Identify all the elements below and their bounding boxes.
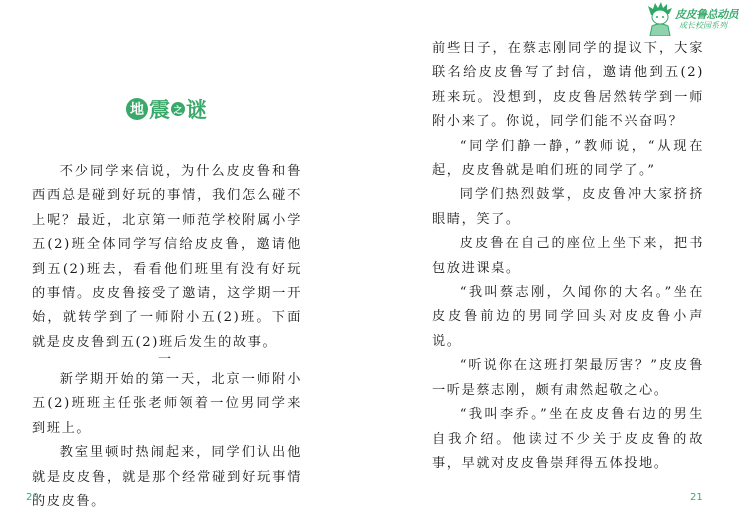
chapter-title-char-1: 地: [126, 98, 148, 120]
page-number-right: 21: [690, 492, 703, 503]
chapter-title-char-2: 震: [149, 94, 170, 124]
series-logo: 皮皮鲁总动员 成长校园系列: [646, 2, 741, 36]
body-paragraph: “听说你在这班打架最厉害？”皮皮鲁一听是蔡志刚，颇有肃然起敬之心。: [432, 354, 704, 403]
chapter-title-char-4: 谜: [186, 94, 207, 124]
page-number-left: 20: [26, 492, 39, 503]
left-body-text: 新学期开始的第一天，北京一师附小五(2)班班主任张老师领着一位男同学来到班上。 …: [32, 368, 302, 514]
boy-character-icon: [646, 2, 674, 36]
body-paragraph: 前些日子，在蔡志刚同学的提议下，大家联名给皮皮鲁写了封信，邀请他到五(2)班来玩…: [432, 37, 704, 135]
intro-paragraph: 不少同学来信说，为什么皮皮鲁和鲁西西总是碰到好玩的事情，我们怎么碰不上呢？最近，…: [32, 160, 302, 355]
intro-text: 不少同学来信说，为什么皮皮鲁和鲁西西总是碰到好玩的事情，我们怎么碰不上呢？最近，…: [32, 160, 302, 355]
body-paragraph: 同学们热烈鼓掌，皮皮鲁冲大家挤挤眼睛，笑了。: [432, 183, 704, 232]
series-logo-subtitle: 成长校园系列: [679, 20, 727, 31]
body-paragraph: “我叫李乔。”坐在皮皮鲁右边的男生自我介绍。他读过不少关于皮皮鲁的故事，早就对皮…: [432, 403, 704, 476]
body-paragraph: “同学们静一静，”教师说，“从现在起，皮皮鲁就是咱们班的同学了。”: [432, 135, 704, 184]
right-body-text: 前些日子，在蔡志刚同学的提议下，大家联名给皮皮鲁写了封信，邀请他到五(2)班来玩…: [432, 37, 704, 476]
left-page: 地 震 之 谜 不少同学来信说，为什么皮皮鲁和鲁西西总是碰到好玩的事情，我们怎么…: [0, 0, 371, 532]
body-paragraph: “我叫蔡志刚，久闻你的大名。”坐在皮皮鲁前边的男同学回头对皮皮鲁小声说。: [432, 281, 704, 354]
body-paragraph: 皮皮鲁在自己的座位上坐下来，把书包放进课桌。: [432, 232, 704, 281]
section-marker: 一: [158, 348, 171, 367]
body-paragraph: 新学期开始的第一天，北京一师附小五(2)班班主任张老师领着一位男同学来到班上。: [32, 368, 302, 441]
body-paragraph: 教室里顿时热闹起来，同学们认出他就是皮皮鲁，就是那个经常碰到好玩事情的皮皮鲁。: [32, 441, 302, 514]
chapter-title-char-3: 之: [171, 102, 185, 116]
chapter-title: 地 震 之 谜: [126, 96, 207, 122]
